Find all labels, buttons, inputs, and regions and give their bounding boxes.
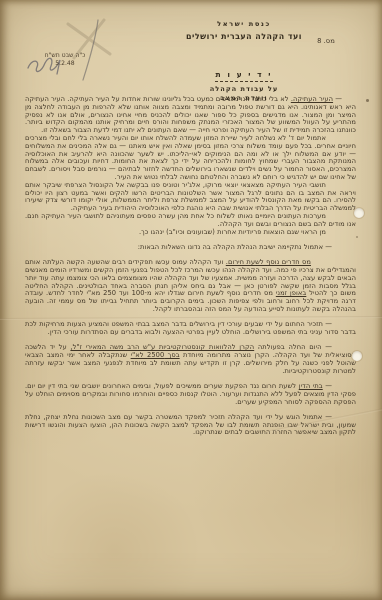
underlined-phrase: הקרן להלוואות קונסטרוקטיביות ע"ש הרב משה… (70, 343, 254, 351)
ink-speck (366, 99, 369, 102)
underlined-phrase: באופן זמני (276, 289, 307, 297)
paragraph: — העיר העתיקה. לא בלי כוונה אנו מכניסים … (25, 96, 356, 135)
underlined-phrase: מס חדרים נוסף לשעת חירום. (226, 258, 311, 266)
paragraph: — תזכיר החתום על ידי שבעים עורכי דין ביר… (25, 321, 356, 337)
paragraph: — אתמול נתקיימה ישיבת הנהלת הקהלה בה נדו… (25, 244, 356, 252)
ink-speck (356, 236, 358, 238)
text-run: — היום החלה בפעולתה (254, 343, 332, 351)
scanned-document-page: כנסת ישראל ועד הקהלה העברית ירושלים מס. … (0, 0, 382, 600)
paragraph: אתמול יום ד' לא נשלחה לעיר שיירת המזון ש… (25, 135, 356, 182)
underlined-phrase: העיר העתיקה. (291, 95, 333, 103)
paragraph: מן הראוי שגם הוצאות פריודיות אחרות (שבוע… (25, 229, 356, 237)
document-number: מס. 8 (300, 37, 352, 45)
text-run: — (333, 95, 342, 103)
text-run: — (323, 382, 332, 390)
bulletin-title: י ד י ע ו ת (215, 70, 272, 82)
paragraph: תושבי העיר העתיקה מצאצאי יוצאי מרוקו, אל… (25, 182, 356, 213)
paragraph: מערכות העתונים היומיים נאותו לשלוח כל אח… (25, 213, 356, 229)
text-run: — אתמול נתקיימה ישיבת הנהלת הקהלה בה נדו… (138, 243, 332, 251)
date-hebrew: כ"ה שבט תש"ח (28, 52, 102, 60)
text-run: מן הראוי שגם הוצאות פריודיות אחרות (שבוע… (139, 228, 326, 236)
paragraph: — היום החלה בפעולתה הקרן להלוואות קונסטר… (25, 344, 356, 375)
paragraph: — אתמול הוגש על ידי ועד הקהלה תזכיר למפק… (25, 414, 356, 437)
text-run: מערכות העתונים היומיים נאותו לשלוח כל אח… (25, 212, 356, 228)
punch-hole-bottom (352, 351, 362, 361)
date-stamp: כ"ה שבט תש"ח 5.2.48 (28, 52, 102, 68)
underlined-phrase: בסך 2500 לא"י (131, 351, 180, 359)
text-run: אתמול יום ד' לא נשלחה לעיר שיירת המזון ש… (25, 134, 356, 181)
paragraph: מס חדרים נוסף לשעת חירום. ועד הקהלה עמוס… (25, 259, 356, 314)
document-body: — העיר העתיקה. לא בלי כוונה אנו מכניסים … (25, 96, 356, 437)
punch-hole-top (354, 208, 364, 218)
text-run: — תזכיר החתום על ידי שבעים עורכי דין ביר… (25, 320, 356, 336)
paragraph: — בתי הדין לשעת חרום נגד הפקעת שערים ממש… (25, 383, 356, 406)
subtitle-line1: על עבודת הקהלה (146, 85, 342, 93)
text-run: תושבי העיר העתיקה מצאצאי יוצאי מרוקו, אל… (25, 181, 356, 212)
underlined-phrase: בתי הדין (299, 382, 323, 390)
date-civil: 5.2.48 (28, 60, 102, 68)
org-name-line1: כנסת ישראל (146, 20, 342, 28)
